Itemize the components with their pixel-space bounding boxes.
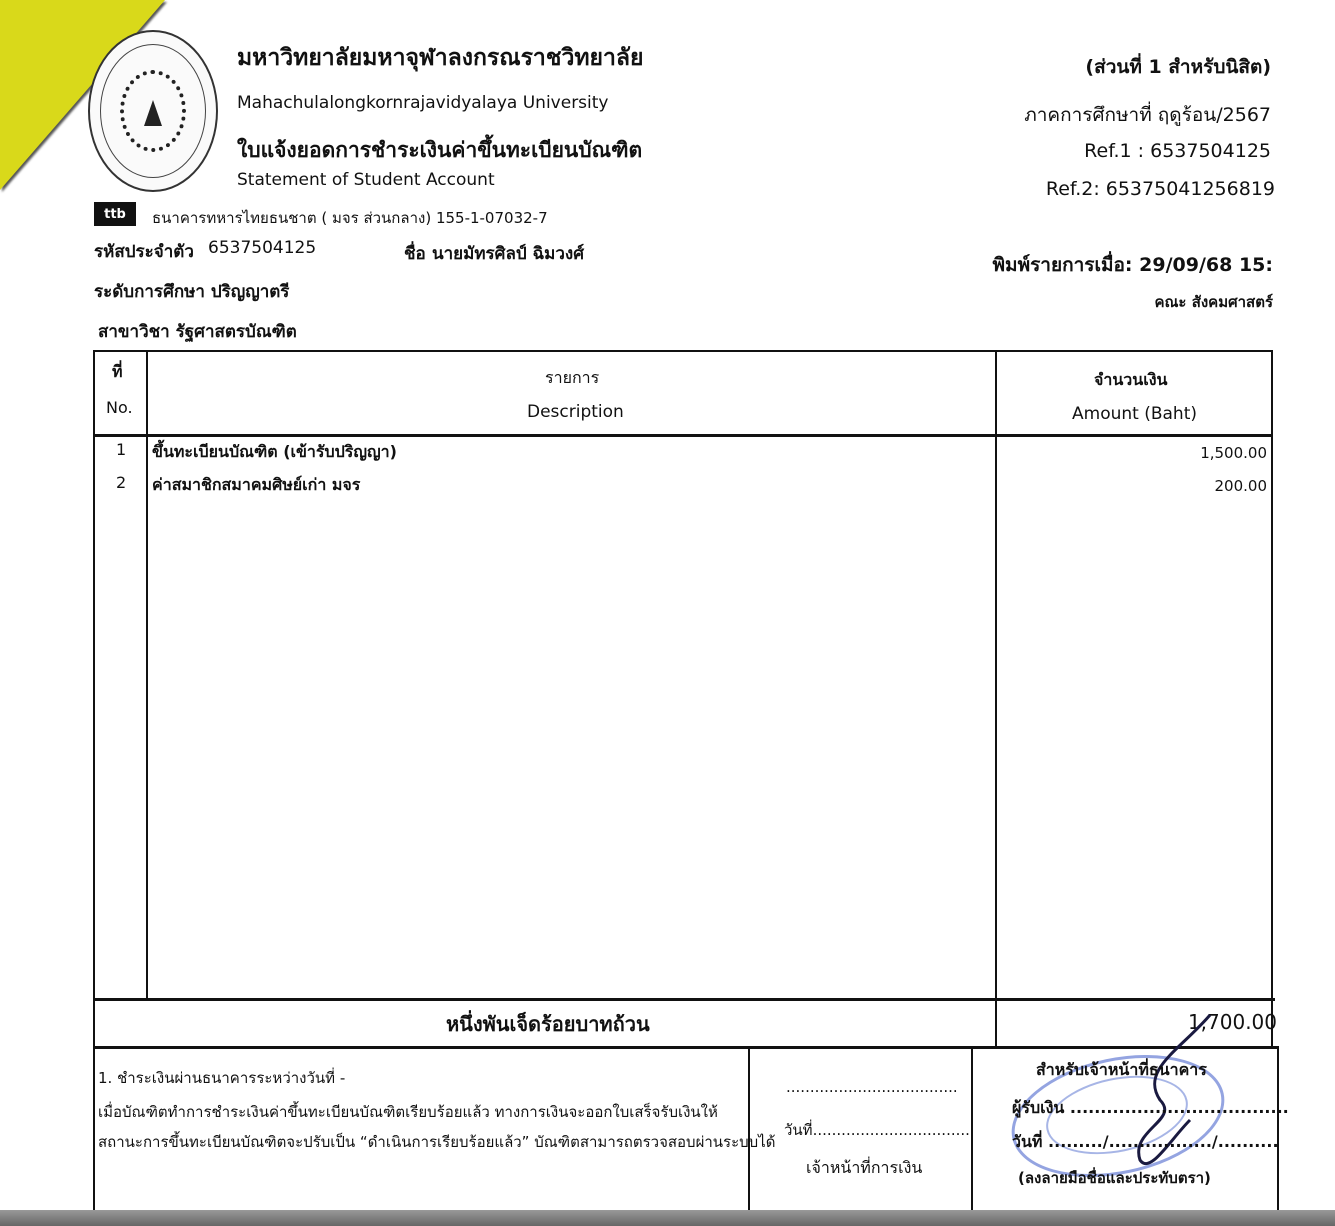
ref2: Ref.2: 65375041256819 (1046, 178, 1275, 200)
row-description: ค่าสมาชิกสมาคมศิษย์เก่า มจร (152, 473, 360, 498)
payment-note-3: สถานะการขึ้นทะเบียนบัณฑิตจะปรับเป็น “ดำเ… (98, 1130, 775, 1154)
document-title-th: ใบแจ้งยอดการชำระเงินค่าขึ้นทะเบียนบัณฑิต (237, 134, 642, 167)
row-description: ขึ้นทะเบียนบัณฑิต (เข้ารับปริญญา) (152, 440, 397, 465)
row-no: 2 (116, 473, 126, 492)
university-name-en: Mahachulalongkornrajavidyalaya Universit… (237, 93, 609, 113)
finance-officer-label: เจ้าหน้าที่การเงิน (806, 1156, 922, 1181)
payment-note-2: เมื่อบัณฑิตทำการชำระเงินค่าขึ้นทะเบียนบั… (98, 1100, 718, 1124)
col-desc-th: รายการ (545, 366, 599, 391)
col-amount-en: Amount (Baht) (1072, 404, 1197, 424)
printed-at: พิมพ์รายการเมื่อ: 29/09/68 15: (993, 250, 1273, 280)
semester: ภาคการศึกษาที่ ฤดูร้อน/2567 (1024, 100, 1271, 130)
faculty: คณะ สังคมศาสตร์ (1154, 290, 1273, 314)
major: สาขาวิชา รัฐศาสตรบัณฑิต (98, 318, 297, 345)
bank-logo-icon: ttb (94, 202, 136, 226)
total-amount-text: หนึ่งพันเจ็ดร้อยบาทถ้วน (446, 1008, 650, 1040)
bank-officer-title: สำหรับเจ้าหน้าที่ธนาคาร (1036, 1058, 1207, 1083)
col-amount-th: จำนวนเงิน (1094, 368, 1167, 393)
row-no: 1 (116, 440, 126, 459)
col-desc-en: Description (527, 402, 624, 422)
student-id-label: รหัสประจำตัว (94, 238, 194, 265)
receiver-line: ผู้รับเงิน .............................… (1012, 1096, 1289, 1121)
col-no-en: No. (106, 398, 133, 417)
ref1: Ref.1 : 6537504125 (1084, 140, 1271, 162)
finance-signature-line: .................................... (786, 1078, 958, 1096)
student-name-label: ชื่อ (404, 240, 426, 267)
sign-and-stamp-note: (ลงลายมือชื่อและประทับตรา) (1018, 1166, 1211, 1190)
document-title-en: Statement of Student Account (237, 170, 495, 190)
row-amount: 1,500.00 (1200, 444, 1267, 462)
university-seal-icon (88, 30, 218, 192)
part-label: (ส่วนที่ 1 สำหรับนิสิต) (1085, 52, 1271, 82)
finance-date: วันที่................................. (784, 1118, 970, 1142)
row-amount: 200.00 (1215, 477, 1268, 495)
payment-note-1: 1. ชำระเงินผ่านธนาคารระหว่างวันที่ - (98, 1066, 345, 1090)
col-no-th: ที่ (112, 360, 123, 385)
education-level: ระดับการศึกษา ปริญญาตรี (94, 278, 289, 305)
student-name-value: นายมัทรศิลป์ ฉิมวงศ์ (432, 240, 584, 267)
bank-account-line: ธนาคารทหารไทยธนชาต ( มจร ส่วนกลาง) 155-1… (152, 206, 548, 230)
photo-background-edge (0, 1210, 1335, 1226)
university-name-th: มหาวิทยาลัยมหาจุฬาลงกรณราชวิทยาลัย (237, 40, 644, 76)
bank-date-line: วันที่ ........./................./.....… (1012, 1130, 1279, 1155)
student-id-value: 6537504125 (208, 238, 316, 258)
